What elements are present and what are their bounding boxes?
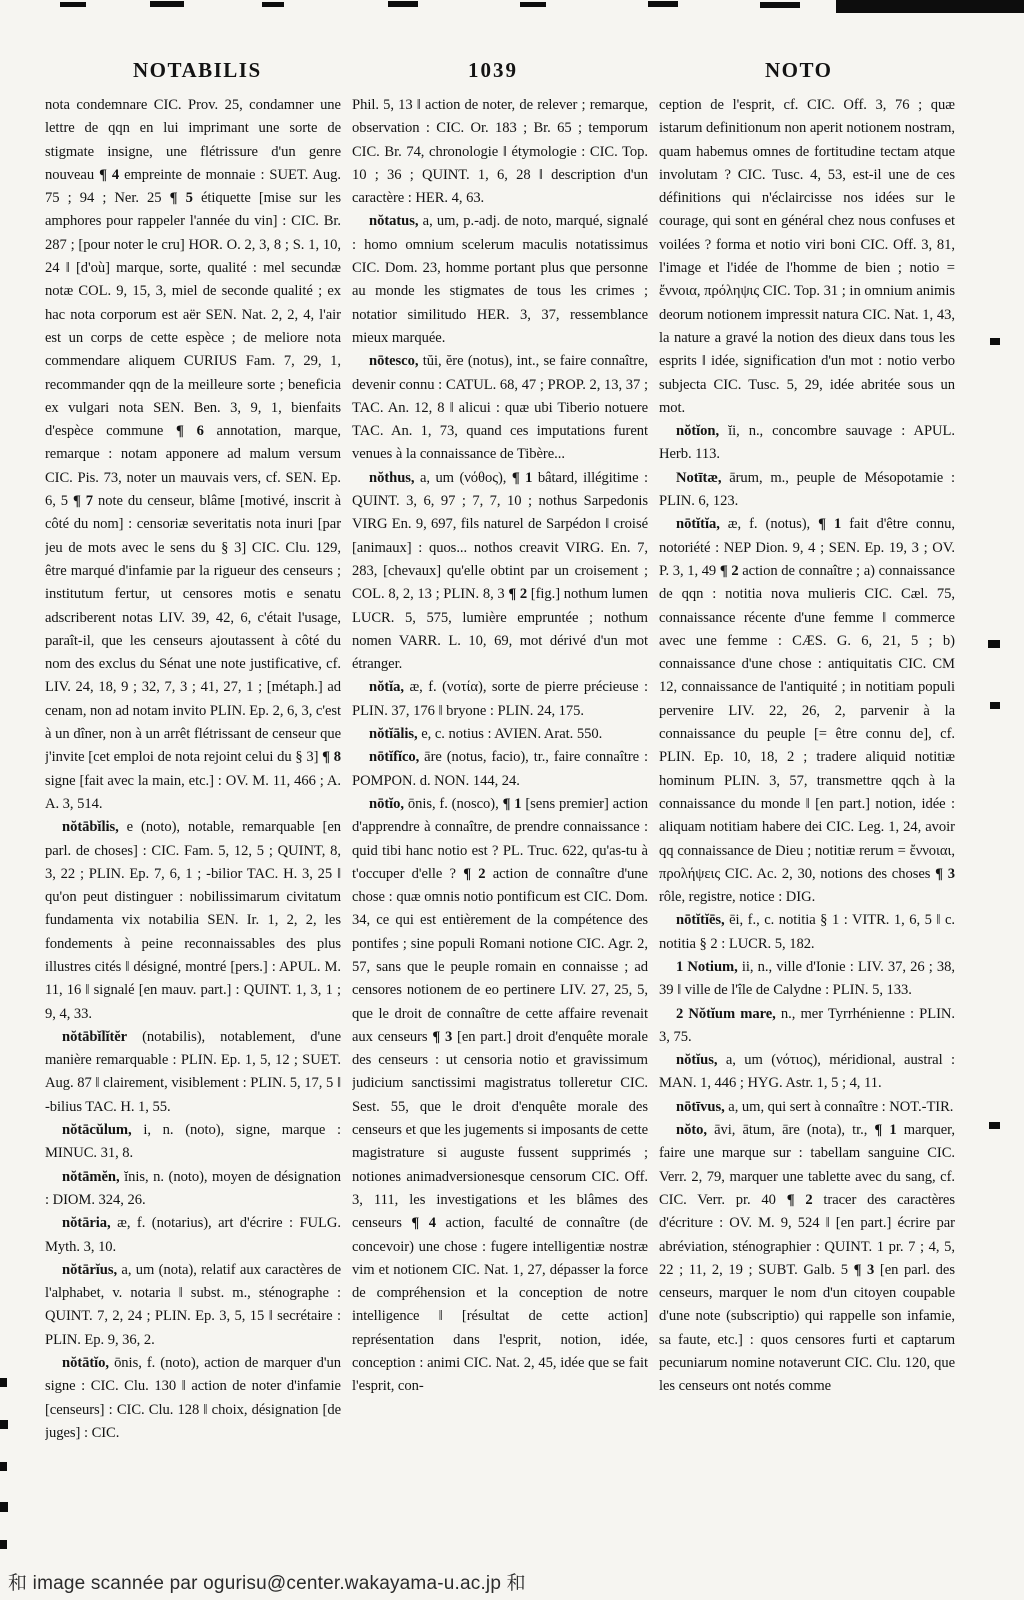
section-mark: ¶ 3	[935, 866, 955, 882]
section-mark: ¶ 1	[818, 516, 841, 532]
dictionary-entry: nōtĭtĭa, æ, f. (notus), ¶ 1 fait d'être …	[659, 513, 955, 909]
dictionary-entry: nŏthus, a, um (νόθος), ¶ 1 bâtard, illég…	[352, 467, 648, 677]
scan-artifact	[388, 1, 418, 7]
dictionary-entry: nōtesco, tŭi, ĕre (notus), int., se fair…	[352, 350, 648, 466]
dictionary-entry: 1 Notium, ii, n., ville d'Ionie : LIV. 3…	[659, 956, 955, 1003]
scan-artifact	[0, 1502, 8, 1512]
headword: nŏtātĭo,	[62, 1355, 109, 1371]
scan-artifact	[989, 1122, 1000, 1129]
dictionary-entry: nŏtĭālis, e, c. notius : AVIEN. Arat. 55…	[352, 723, 648, 746]
headword: nŏtārĭus,	[62, 1262, 117, 1278]
headword: nōtĭo,	[369, 796, 404, 812]
section-mark: ¶ 5	[170, 190, 193, 206]
section-mark: ¶ 1	[874, 1122, 896, 1138]
headword: nōtesco,	[369, 353, 418, 369]
headword: 2 Nŏtĭum mare,	[676, 1006, 776, 1022]
entry-continuation: ception de l'esprit, cf. CIC. Off. 3, 76…	[659, 94, 955, 420]
entry-continuation: Phil. 5, 13 ‖ action de noter, de releve…	[352, 94, 648, 210]
section-mark: ¶ 4	[411, 1215, 436, 1231]
headword: nŏtĭa,	[369, 679, 404, 695]
dictionary-entry: 2 Nŏtĭum mare, n., mer Tyrrhénienne : PL…	[659, 1003, 955, 1050]
running-head: NOTABILIS 1039 NOTO	[0, 58, 1024, 88]
dictionary-entry: nŏtārĭus, a, um (nota), relatif aux cara…	[45, 1259, 341, 1352]
headword: nŏtābĭlis,	[62, 819, 119, 835]
section-mark: ¶ 6	[176, 423, 204, 439]
text-column-3: ception de l'esprit, cf. CIC. Off. 3, 76…	[659, 94, 955, 1546]
scan-artifact	[988, 640, 1000, 648]
dictionary-entry: nŏtĭus, a, um (νότιος), méridional, aust…	[659, 1049, 955, 1096]
headword: nŏthus,	[369, 470, 414, 486]
headword: nŏtāria,	[62, 1215, 111, 1231]
headword: nōtīvus,	[676, 1099, 725, 1115]
dictionary-entry: nōtīvus, a, um, qui sert à connaître : N…	[659, 1096, 955, 1119]
scan-artifact	[648, 1, 678, 7]
section-mark: ¶ 2	[463, 866, 485, 882]
scan-artifact	[150, 1, 184, 7]
dictionary-entry: nŏtāria, æ, f. (notarius), art d'écrire …	[45, 1212, 341, 1259]
dictionary-entry: nōtĭo, ōnis, f. (nosco), ¶ 1 [sens premi…	[352, 793, 648, 1399]
headword: nŏtābĭlĭtĕr	[62, 1029, 127, 1045]
section-mark: ¶ 2	[787, 1192, 813, 1208]
headword: nōtĭtĭēs,	[676, 912, 725, 928]
text-columns: nota condemnare CIC. Prov. 25, condamner…	[45, 94, 957, 1546]
dictionary-entry: nŏtĭon, ĭi, n., concombre sauvage : APUL…	[659, 420, 955, 467]
section-mark: ¶ 2	[508, 586, 527, 602]
headword: Notītæ,	[676, 470, 721, 486]
text-column-2: Phil. 5, 13 ‖ action de noter, de releve…	[352, 94, 648, 1546]
scan-artifact	[60, 2, 86, 7]
scan-artifact	[990, 338, 1000, 345]
dictionary-entry: nŏtāmĕn, ĭnis, n. (noto), moyen de désig…	[45, 1166, 341, 1213]
scanned-dictionary-page: NOTABILIS 1039 NOTO nota condemnare CIC.…	[0, 0, 1024, 1600]
headword: nŏtĭon,	[676, 423, 719, 439]
headword: nŏto,	[676, 1122, 707, 1138]
text-column-1: nota condemnare CIC. Prov. 25, condamner…	[45, 94, 341, 1546]
scan-artifact	[262, 2, 284, 7]
section-mark: ¶ 3	[854, 1262, 875, 1278]
dictionary-entry: nŏtātĭo, ōnis, f. (noto), action de marq…	[45, 1352, 341, 1445]
section-mark: ¶ 1	[512, 470, 533, 486]
headword: nŏtĭus,	[676, 1052, 717, 1068]
dictionary-entry: nŏtācŭlum, i, n. (noto), signe, marque :…	[45, 1119, 341, 1166]
scan-credit-line: 和 image scannée par ogurisu@center.wakay…	[8, 1568, 526, 1595]
headword: nōtĭfĭco,	[369, 749, 419, 765]
headword: nŏtāmĕn,	[62, 1169, 120, 1185]
headword: nŏtĭālis,	[369, 726, 418, 742]
scan-artifact	[520, 2, 546, 7]
scan-artifact	[0, 1378, 7, 1387]
headword: nōtĭtĭa,	[676, 516, 720, 532]
section-mark: ¶ 4	[99, 167, 119, 183]
scan-artifact	[760, 2, 800, 8]
headword: nŏtatus,	[369, 213, 418, 229]
dictionary-entry: nŏto, āvi, ātum, āre (nota), tr., ¶ 1 ma…	[659, 1119, 955, 1399]
section-mark: ¶ 3	[432, 1029, 452, 1045]
dictionary-entry: Notītæ, ārum, m., peuple de Mésopotamie …	[659, 467, 955, 514]
dictionary-entry: nŏtābĭlĭtĕr (notabilis), notablement, d'…	[45, 1026, 341, 1119]
scan-artifact	[836, 0, 1024, 13]
scan-artifact	[0, 1420, 8, 1429]
dictionary-entry: nŏtĭa, æ, f. (νοτία), sorte de pierre pr…	[352, 676, 648, 723]
scan-artifact	[0, 1462, 7, 1471]
entry-continuation: nota condemnare CIC. Prov. 25, condamner…	[45, 94, 341, 816]
dictionary-entry: nŏtatus, a, um, p.-adj. de noto, marqué,…	[352, 210, 648, 350]
section-mark: ¶ 8	[322, 749, 341, 765]
running-head-left: NOTABILIS	[133, 58, 262, 83]
scan-artifact	[0, 1540, 7, 1549]
dictionary-entry: nōtĭtĭēs, ēi, f., c. notitia § 1 : VITR.…	[659, 909, 955, 956]
page-number: 1039	[468, 58, 518, 83]
section-mark: ¶ 7	[73, 493, 93, 509]
section-mark: ¶ 2	[720, 563, 739, 579]
dictionary-entry: nōtĭfĭco, āre (notus, facio), tr., faire…	[352, 746, 648, 793]
headword: nŏtācŭlum,	[62, 1122, 132, 1138]
running-head-right: NOTO	[765, 58, 832, 83]
headword: 1 Notium,	[676, 959, 738, 975]
dictionary-entry: nŏtābĭlis, e (noto), notable, remarquabl…	[45, 816, 341, 1026]
section-mark: ¶ 1	[503, 796, 522, 812]
scan-artifact	[990, 702, 1000, 709]
